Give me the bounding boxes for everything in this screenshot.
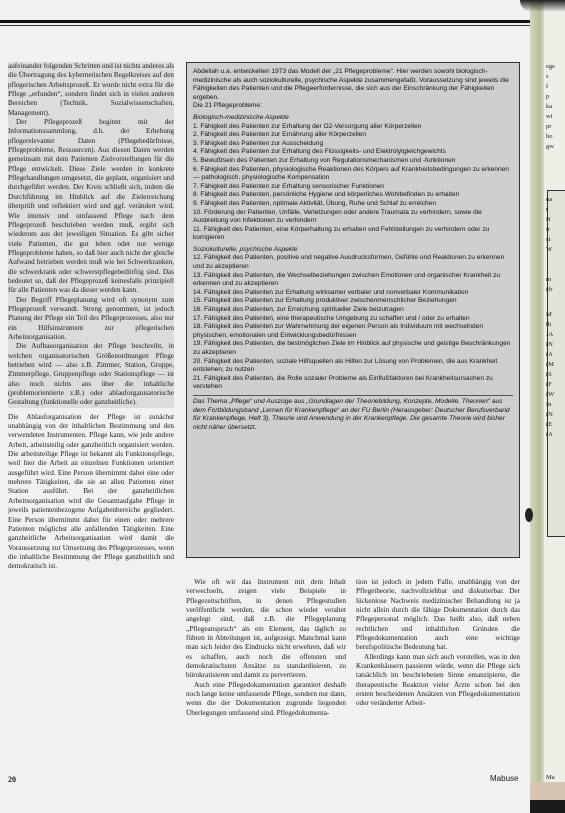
box-section-biological: Biologisch-medizinische Aspekte [193, 114, 513, 123]
box-list-item: 1. Fähigkeit des Patienten zur Erhaltung… [193, 123, 513, 132]
next-page-fragment: ka [546, 102, 552, 111]
paragraph: Der Begriff Pflegeplanung wird oft synon… [8, 296, 174, 343]
box-intro: Abdellah u.a. entwickelten 1973 das Mode… [193, 68, 513, 102]
next-page-fragment: (E [546, 420, 552, 429]
next-page-fragment: st [546, 235, 550, 244]
next-page-fragment: (A [546, 430, 553, 439]
next-page-fragment: wi [546, 112, 553, 121]
next-page-fragment: Ma [546, 773, 555, 782]
box-list-item: 2. Fähigkeit des Patienten zur Ernährung… [193, 131, 513, 140]
box-list-item: 4. Fähigkeit des Patienten zur Erhaltung… [193, 148, 513, 157]
scan-dark-edge [530, 800, 565, 813]
box-list-item: 19. Fähigkeit des Patienten, die bestmög… [193, 340, 513, 357]
next-page-fragment: ho [546, 132, 553, 141]
next-page-fragment: (fr [546, 285, 553, 294]
next-page-fragment: na [546, 195, 552, 204]
next-page-fragment: pr [546, 122, 551, 131]
next-page-fragment: W [546, 245, 552, 254]
box-list-item: 7. Fähigkeit des Patienten zur Erhaltung… [193, 183, 513, 192]
left-column-shaded-block: aufeinander folgenden Schritten und ist … [8, 62, 174, 408]
next-page-fragment: JA [546, 330, 553, 339]
paragraph: tion ist jedoch in jedem Falle, unabhäng… [356, 578, 520, 653]
next-page-fragment: (M [546, 360, 554, 369]
box-list-item: 5. Bewußtsein des Patienten zur Erhaltun… [193, 157, 513, 166]
box-list-item: 12. Fähigkeit des Patienten, positive un… [193, 254, 513, 271]
box-source-note: Das Thema „Pflege“ und Auszüge aus „Grun… [193, 395, 513, 432]
document-page: aufeinander folgenden Schritten und ist … [0, 0, 532, 813]
paragraph: Auch eine Pflegedokumentation garantiert… [186, 681, 346, 718]
next-page-fragment: th [546, 320, 551, 329]
next-page-fragment: s [546, 72, 549, 81]
header-rule [0, 20, 530, 23]
box-list-item: 20. Fähigkeit des Patienten, soziale Hil… [193, 358, 513, 375]
next-page-fragment: (F [546, 380, 552, 389]
next-page-fragment: (A [546, 350, 553, 359]
box-list-item: 3. Fähigkeit des Patienten zur Ausscheid… [193, 140, 513, 149]
next-page-fragment: ir [546, 225, 550, 234]
box-subheading: Die 21 Pflegeprobleme: [193, 102, 513, 111]
next-page-fragment: (N [546, 340, 553, 349]
box-list-item: 8. Fähigkeit des Patienten, persönliche … [193, 191, 513, 200]
scan-shadow [520, 0, 565, 12]
next-page-fragment: (W [546, 390, 554, 399]
next-page-fragment: r [546, 205, 548, 214]
next-page-fragment: m [546, 275, 551, 284]
box-section-sociocultural: Soziokulturelle, psychische Aspekte [193, 246, 513, 255]
right-text-column: tion ist jedoch in jedem Falle, unabhäng… [356, 578, 520, 758]
next-page-edge: ege s f p ka wi pr ho gw na r N ir st W … [544, 0, 565, 813]
box-list-item: 17. Fähigkeit des Patienten, eine therap… [193, 315, 513, 324]
box-list-item: 13. Fähigkeit des Patienten, die Wechsel… [193, 272, 513, 289]
paragraph: aufeinander folgenden Schritten und ist … [8, 62, 174, 118]
left-text-column: aufeinander folgenden Schritten und ist … [8, 62, 174, 757]
box-list-item: 10. Förderung der Patienten, Unfälle, Ve… [193, 209, 513, 226]
middle-text-column: Wie oft wir das Instrument mit dem Inhal… [186, 578, 346, 758]
box-list-item: 16. Fähigkeit des Patienten, zur Erreich… [193, 306, 513, 315]
book-gutter [530, 0, 544, 813]
next-page-fragment: f [546, 82, 548, 91]
next-page-fragment: M [546, 310, 552, 319]
box-list-item: 9. Fähigkeit des Patienten, optimale Akt… [193, 200, 513, 209]
next-page-fragment: N [546, 215, 551, 224]
box-list-item: 11. Fähigkeit des Patienten, eine Körper… [193, 226, 513, 243]
next-page-fragment: ege [546, 62, 555, 71]
box-list-item: 6. Fähigkeit des Patienten, physiologisc… [193, 166, 513, 183]
next-page-fragment: (N [546, 410, 553, 419]
next-page-fragment: In [546, 400, 551, 409]
page-number: 20 [8, 775, 16, 784]
next-page-fragment: gw [546, 142, 554, 151]
box-list-item: 18. Fähigkeit des Patienten zur Wahrnehm… [193, 323, 513, 340]
box-list-item: 14. Fähigkeit des Patienten zur Erhaltun… [193, 289, 513, 298]
next-page-fragment: p [546, 92, 549, 101]
paragraph: Die Ablauforganisation der Pflege ist zu… [8, 413, 174, 572]
paragraph: Der Pflegeprozeß beginnt mit der Informa… [8, 118, 174, 296]
paragraph: Die Aufbauorganisation der Pflege beschr… [8, 342, 174, 407]
footer-magazine-title: Mabuse [490, 774, 518, 783]
sidebar-box-21-nursing-problems: Abdellah u.a. entwickelten 1973 das Mode… [186, 62, 520, 558]
header-rule-thin [0, 25, 530, 26]
scan-thumb [530, 782, 565, 802]
paragraph: Allerdings kann man sich auch vorstellen… [356, 653, 520, 709]
box-list-item: 21. Fähigkeit des Patienten, die Rolle s… [193, 375, 513, 392]
scan-smudge [525, 508, 533, 522]
box-list-item: 15. Fähigkeit des Patienten zur Erhaltun… [193, 297, 513, 306]
paragraph: Wie oft wir das Instrument mit dem Inhal… [186, 578, 346, 681]
next-page-fragment: (S [546, 370, 552, 379]
